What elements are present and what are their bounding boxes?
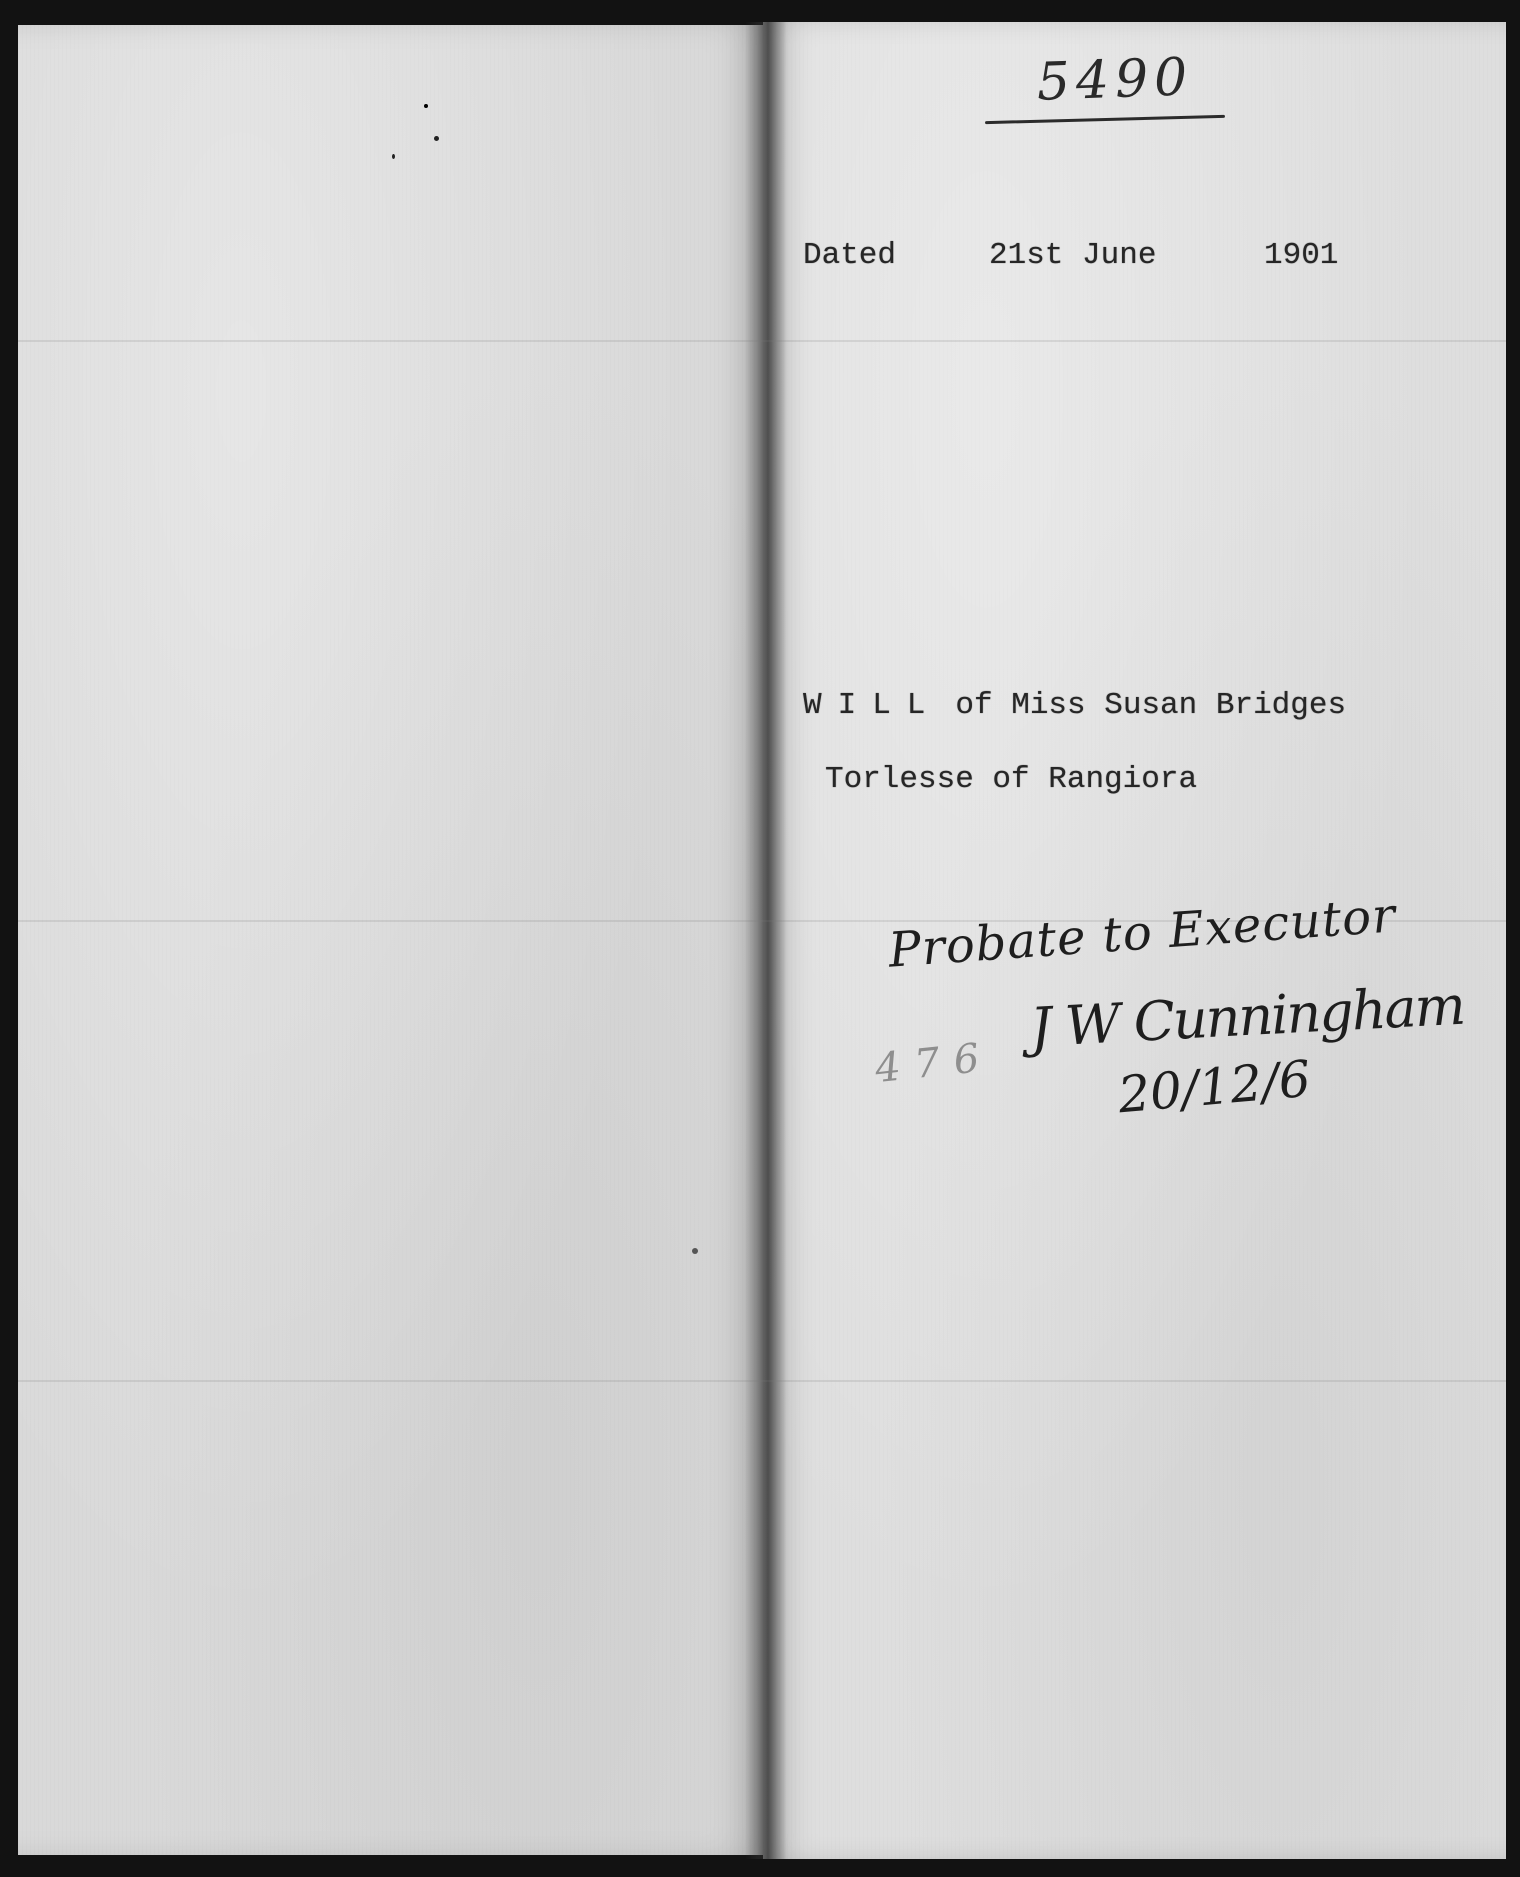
paper-blemish — [692, 1248, 698, 1254]
file-number: 5490 — [999, 46, 1231, 114]
paper-crease — [18, 1380, 1506, 1382]
dated-label: Dated — [803, 238, 989, 273]
paper-blemish — [392, 154, 395, 159]
dated-line: Dated21st June1901 — [803, 238, 1338, 273]
paper-blemish — [424, 104, 428, 108]
paper-crease — [18, 340, 1506, 342]
center-fold — [745, 22, 787, 1859]
will-title-line-2: Torlesse of Rangiora — [825, 762, 1197, 797]
dated-day-month: 21st June — [989, 238, 1264, 273]
left-panel-blank — [18, 25, 763, 1855]
paper-blemish — [434, 136, 439, 141]
will-word: WILL — [803, 688, 941, 723]
testator-name-part-1: of Miss Susan Bridges — [955, 688, 1346, 723]
dated-year: 1901 — [1264, 238, 1338, 273]
will-title-line-1: WILLof Miss Susan Bridges — [803, 688, 1346, 723]
